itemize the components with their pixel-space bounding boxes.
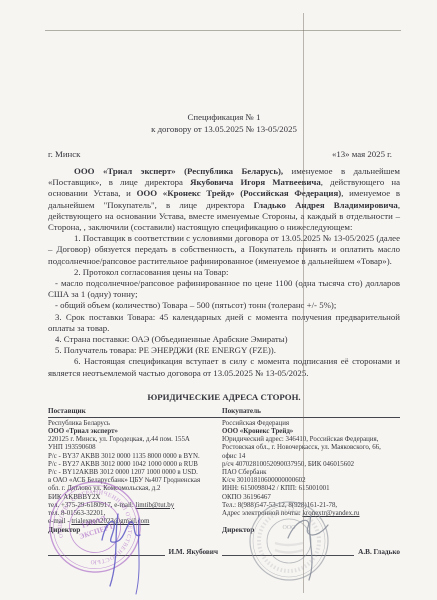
supplier-director-bold: Якубовича Игоря Матвеевича (190, 177, 321, 187)
supplier-account-rub: Р/с - BY27 AKBB 3012 0000 1042 1000 0000… (48, 461, 218, 469)
roles-header-row: Поставщик Покупатель (48, 406, 400, 418)
clause-4: 4. Страна поставки: ОАЭ (Объединенные Ар… (48, 334, 400, 345)
supplier-director-label: Директор (48, 526, 218, 534)
supplier-details-column: Республика Беларусь ООО «Триал эксперт» … (48, 420, 218, 560)
clause-2-item-1: - масло подсолнечное/рапсовое рафинирова… (48, 278, 400, 300)
buyer-address-line2: Ростовская обл., г. Новочеркасск, ул. Ма… (222, 444, 400, 452)
buyer-email: kronextr@yandex.ru (302, 510, 359, 517)
buyer-bank: ПАО Сбербанк (222, 469, 400, 477)
supplier-address: 220125 г. Минск, ул. Городецкая, д.44 по… (48, 436, 218, 444)
city-date-row: г. Минск «13» мая 2025 г. (48, 149, 400, 160)
supplier-signature-block: Директор И.М. Якубович (48, 526, 218, 556)
intro-paragraph: ООО «Триал эксперт» (Республика Беларусь… (48, 166, 400, 233)
buyer-account: р/сч 40702810052090037950, БИК 046015602 (222, 461, 400, 469)
clause-1: 1. Поставщик в соответствии с условиями … (48, 233, 400, 267)
supplier-phone-email-line: тел. +375-29-6180917, e-mail: limtib@tut… (48, 502, 218, 510)
legal-addresses-heading: ЮРИДИЧЕСКИЕ АДРЕСА СТОРОН. (48, 392, 400, 403)
supplier-bik: БИК AKBBBY2X (48, 494, 218, 502)
supplier-company-bold: ООО «Триал эксперт» (Республика Беларусь… (74, 166, 283, 176)
buyer-signature-block: Директор А.В. Гладько (222, 526, 400, 556)
buyer-director-bold: Гладько Андрея Владимировича (254, 200, 398, 210)
clause-2: 2. Протокол согласования цены на Товар: (48, 267, 400, 278)
supplier-bank-line1: в ОАО «АСБ Беларусбанк» ЦБУ №407 Гроднен… (48, 477, 218, 485)
document-title: Спецификация № 1 к договору от 13.05.202… (48, 112, 400, 135)
supplier-signature-line (48, 547, 165, 556)
buyer-inn-kpp: ИНН: 6150098042 / КПП: 615001001 (222, 485, 400, 493)
buyer-company-bold: ООО «Кронекс Трейд» (Российская Федераци… (137, 188, 342, 198)
supplier-unp: УНП 193590608 (48, 444, 218, 452)
supplier-country: Республика Беларусь (48, 420, 218, 428)
clause-6: 6. Настоящая спецификация вступает в сил… (48, 356, 400, 378)
supplier-bank-line2: обл. г. Дятлово ул. Комсомольская, д.2 (48, 485, 218, 493)
title-line2: к договору от 13.05.2025 № 13-05/2025 (48, 124, 400, 136)
supplier-director-name: И.М. Якубович (169, 548, 218, 556)
clause-2-item-2: - общий объем (количество) Товара – 500 … (48, 300, 400, 311)
buyer-name: ООО «Кронекс Трейд» (222, 428, 400, 436)
buyer-okpo: ОКПО 36196467 (222, 494, 400, 502)
buyer-director-label: Директор (222, 526, 400, 534)
date-label: «13» мая 2025 г. (332, 149, 392, 160)
buyer-phone: Тел.: 8(988)547-53-12, 8(928)161-21-78, (222, 502, 400, 510)
buyer-country: Российская Федерация (222, 420, 400, 428)
buyer-signature-line (222, 547, 354, 556)
title-line1: Спецификация № 1 (48, 112, 400, 124)
document-page: Спецификация № 1 к договору от 13.05.202… (0, 0, 437, 600)
clause-5: 5. Получатель товара: РЕ ЭНЕРДЖИ (RE ENE… (48, 345, 400, 356)
buyer-details-column: Российская Федерация ООО «Кронекс Трейд»… (222, 420, 400, 560)
buyer-address-line1: Юридический адрес: 346410, Российская Фе… (222, 436, 400, 444)
supplier-account-byn: Р/с - BY37 AKBB 3012 0000 1135 8000 0000… (48, 453, 218, 461)
supplier-role-label: Поставщик (48, 406, 218, 416)
buyer-role-label: Покупатель (222, 406, 400, 416)
supplier-name: ООО «Триал эксперт» (48, 428, 218, 436)
scan-artifact-top-line (45, 30, 401, 31)
place-label: г. Минск (48, 149, 80, 160)
buyer-director-name: А.В. Гладько (358, 548, 400, 556)
buyer-email-line: Адрес электронной почты: kronextr@yandex… (222, 510, 400, 518)
buyer-corr-account: К/сч 30101810600000000602 (222, 477, 400, 485)
clause-3: 3. Срок поставки Товара: 45 календарных … (48, 312, 400, 334)
buyer-address-line3: офис 14 (222, 453, 400, 461)
supplier-phone-2: тел. 8-01563-32201, (48, 510, 218, 518)
document-content: Спецификация № 1 к договору от 13.05.202… (48, 112, 400, 560)
supplier-email-2: trialexport2023@gmail.com (71, 518, 149, 525)
supplier-account-usd: Р/с - BY12AKBB 3012 0000 1207 1000 0000 … (48, 469, 218, 477)
supplier-email-1: limtib@tut.by (135, 502, 174, 509)
addresses-columns: Республика Беларусь ООО «Триал эксперт» … (48, 420, 400, 560)
